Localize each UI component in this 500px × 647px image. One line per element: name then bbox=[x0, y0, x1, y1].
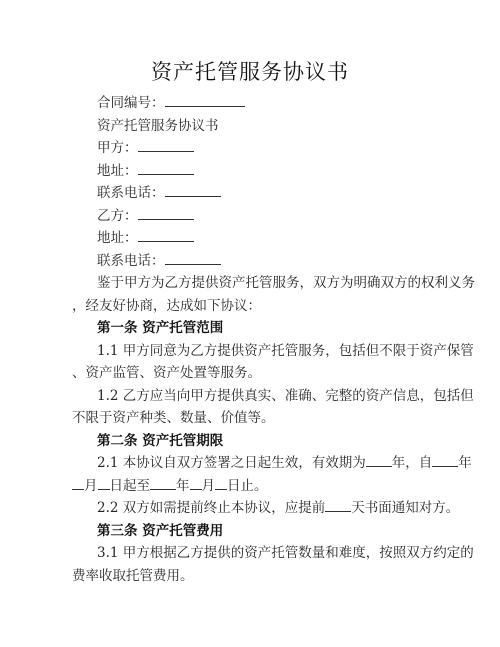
party-b-address-field: 地址： bbox=[97, 228, 194, 248]
clause-3-1-line-1: 3.1 甲方根据乙方提供的资产托管数量和难度，按照双方约定的 bbox=[97, 543, 474, 563]
clause-text: 日起至 bbox=[110, 478, 151, 494]
field-label: 甲方： bbox=[97, 140, 138, 156]
field-label: 联系电话： bbox=[97, 253, 165, 269]
clause-1-2-line-1: 1.2 乙方应当向甲方提供真实、准确、完整的资产信息，包括但 bbox=[97, 386, 474, 406]
field-label: 资产托管服务协议书 bbox=[97, 118, 219, 134]
clause-2-1-line-2: 月日起至年月日止。 bbox=[72, 476, 268, 496]
clause-2-2-line-1: 2.2 双方如需提前终止本协议，应提前天书面通知对方。 bbox=[97, 498, 459, 518]
party-a-address-blank bbox=[138, 161, 194, 175]
party-a-phone-blank bbox=[165, 183, 221, 197]
party-b-field: 乙方： bbox=[97, 206, 194, 226]
party-b-phone-field: 联系电话： bbox=[97, 251, 221, 271]
clause-text: 月 bbox=[84, 478, 98, 494]
clause-text: 2.1 本协议自双方签署之日起生效，有效期为 bbox=[97, 455, 366, 471]
field-label: 地址： bbox=[97, 163, 138, 179]
clause-text: 年 bbox=[458, 455, 472, 471]
agreement-name-line: 资产托管服务协议书 bbox=[97, 116, 219, 136]
document-page: 资产托管服务协议书 合同编号： 资产托管服务协议书 甲方： 地址： 联系电话： … bbox=[0, 0, 500, 647]
clause-1-1-line-2: 、资产监管、资产处置等服务。 bbox=[72, 363, 261, 383]
party-a-field: 甲方： bbox=[97, 138, 194, 158]
clause-text: 年，自 bbox=[392, 455, 433, 471]
party-a-address-field: 地址： bbox=[97, 161, 194, 181]
clause-1-2-line-2: 不限于资产种类、数量、价值等。 bbox=[72, 408, 275, 428]
start-year-blank bbox=[432, 453, 458, 467]
notice-days-blank bbox=[325, 498, 351, 512]
end-day-blank bbox=[215, 476, 227, 490]
start-day-blank bbox=[98, 476, 110, 490]
clause-2-1-line-1: 2.1 本协议自双方签署之日起生效，有效期为年，自年 bbox=[97, 453, 472, 473]
document-title: 资产托管服务协议书 bbox=[0, 58, 500, 86]
years-blank bbox=[366, 453, 392, 467]
end-month-blank bbox=[190, 476, 202, 490]
party-b-phone-blank bbox=[165, 251, 221, 265]
clause-text: 日止。 bbox=[227, 478, 268, 494]
field-label: 地址： bbox=[97, 230, 138, 246]
clause-text: 月 bbox=[202, 478, 216, 494]
preamble-line-1: 鉴于甲方为乙方提供资产托管服务，双方为明确双方的权利义务 bbox=[97, 273, 475, 293]
clause-text: 年 bbox=[176, 478, 190, 494]
article-3-heading: 第三条 资产托管费用 bbox=[97, 521, 223, 541]
field-label: 联系电话： bbox=[97, 185, 165, 201]
preamble-line-2: ，经友好协商，达成如下协议： bbox=[72, 296, 261, 316]
end-year-blank bbox=[150, 476, 176, 490]
field-label: 乙方： bbox=[97, 208, 138, 224]
start-month-blank bbox=[72, 476, 84, 490]
contract-number-field: 合同编号： bbox=[97, 93, 245, 113]
party-b-address-blank bbox=[138, 228, 194, 242]
field-label: 合同编号： bbox=[97, 95, 165, 111]
clause-3-1-line-2: 费率收取托管费用。 bbox=[72, 566, 194, 586]
clause-text: 天书面通知对方。 bbox=[351, 500, 459, 516]
article-2-heading: 第二条 资产托管期限 bbox=[97, 431, 223, 451]
party-a-phone-field: 联系电话： bbox=[97, 183, 221, 203]
contract-number-blank bbox=[165, 93, 245, 107]
party-b-blank bbox=[138, 206, 194, 220]
party-a-blank bbox=[138, 138, 194, 152]
article-1-heading: 第一条 资产托管范围 bbox=[97, 318, 223, 338]
clause-1-1-line-1: 1.1 甲方同意为乙方提供资产托管服务，包括但不限于资产保管 bbox=[97, 341, 474, 361]
clause-text: 2.2 双方如需提前终止本协议，应提前 bbox=[97, 500, 325, 516]
